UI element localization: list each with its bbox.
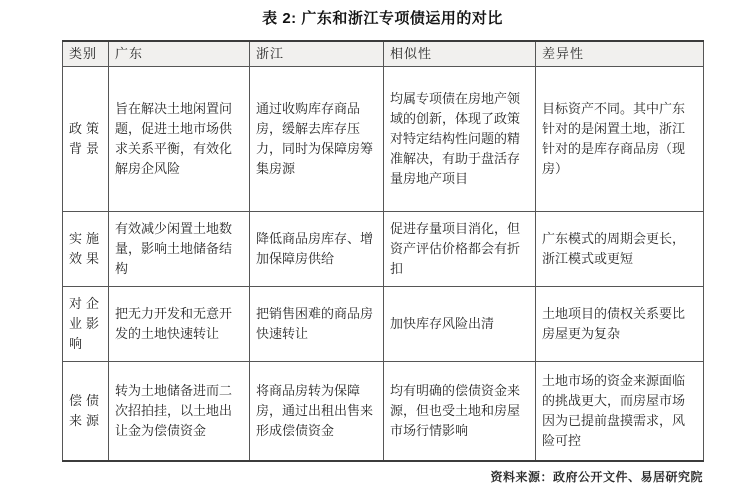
cell-category: 对企业影响 — [63, 287, 109, 362]
cell-difference: 土地项目的债权关系要比房屋更为复杂 — [536, 287, 704, 362]
cell-similarity: 加快库存风险出清 — [384, 287, 536, 362]
data-source-note: 资料来源：政府公开文件、易居研究院 — [62, 469, 703, 485]
table-row: 偿债来源 转为土地储备进而二次招拍挂，以土地出让金为偿债资金 将商品房转为保障房… — [63, 362, 704, 461]
cell-zhejiang: 将商品房转为保障房，通过出租出售来形成偿债资金 — [250, 362, 384, 461]
cell-difference: 土地市场的资金来源面临的挑战更大，而房屋市场因为已提前盘摸需求，风险可控 — [536, 362, 704, 461]
table-header-row: 类别 广东 浙江 相似性 差异性 — [63, 41, 704, 67]
cell-zhejiang: 降低商品房库存、增加保障房供给 — [250, 212, 384, 287]
cell-zhejiang: 把销售困难的商品房快速转让 — [250, 287, 384, 362]
comparison-table: 类别 广东 浙江 相似性 差异性 政策背景 旨在解决土地闲置问题，促进土地市场供… — [62, 40, 704, 462]
cell-similarity: 均属专项债在房地产领域的创新，体现了政策对特定结构性问题的精准解决，有助于盘活存… — [384, 67, 536, 212]
cell-guangdong: 有效减少闲置土地数量，影响土地储备结构 — [109, 212, 250, 287]
column-header-difference: 差异性 — [536, 41, 704, 67]
cell-category: 实施效果 — [63, 212, 109, 287]
cell-guangdong: 转为土地储备进而二次招拍挂，以土地出让金为偿债资金 — [109, 362, 250, 461]
column-header-category: 类别 — [63, 41, 109, 67]
cell-zhejiang: 通过收购库存商品房，缓解去库存压力，同时为保障房筹集房源 — [250, 67, 384, 212]
table-row: 政策背景 旨在解决土地闲置问题，促进土地市场供求关系平衡，有效化解房企风险 通过… — [63, 67, 704, 212]
cell-category: 偿债来源 — [63, 362, 109, 461]
page-title: 表 2: 广东和浙江专项债运用的对比 — [62, 9, 703, 28]
column-header-zhejiang: 浙江 — [250, 41, 384, 67]
column-header-similarity: 相似性 — [384, 41, 536, 67]
cell-difference: 目标资产不同。其中广东针对的是闲置土地，浙江针对的是库存商品房（现房） — [536, 67, 704, 212]
column-header-guangdong: 广东 — [109, 41, 250, 67]
cell-similarity: 促进存量项目消化，但资产评估价格都会有折扣 — [384, 212, 536, 287]
cell-guangdong: 把无力开发和无意开发的土地快速转让 — [109, 287, 250, 362]
document-page: 表 2: 广东和浙江专项债运用的对比 类别 广东 浙江 相似性 差异性 政策背景… — [62, 0, 703, 485]
cell-difference: 广东模式的周期会更长，浙江模式或更短 — [536, 212, 704, 287]
table-row: 对企业影响 把无力开发和无意开发的土地快速转让 把销售困难的商品房快速转让 加快… — [63, 287, 704, 362]
cell-similarity: 均有明确的偿债资金来源，但也受土地和房屋市场行情影响 — [384, 362, 536, 461]
cell-category: 政策背景 — [63, 67, 109, 212]
cell-guangdong: 旨在解决土地闲置问题，促进土地市场供求关系平衡，有效化解房企风险 — [109, 67, 250, 212]
table-row: 实施效果 有效减少闲置土地数量，影响土地储备结构 降低商品房库存、增加保障房供给… — [63, 212, 704, 287]
